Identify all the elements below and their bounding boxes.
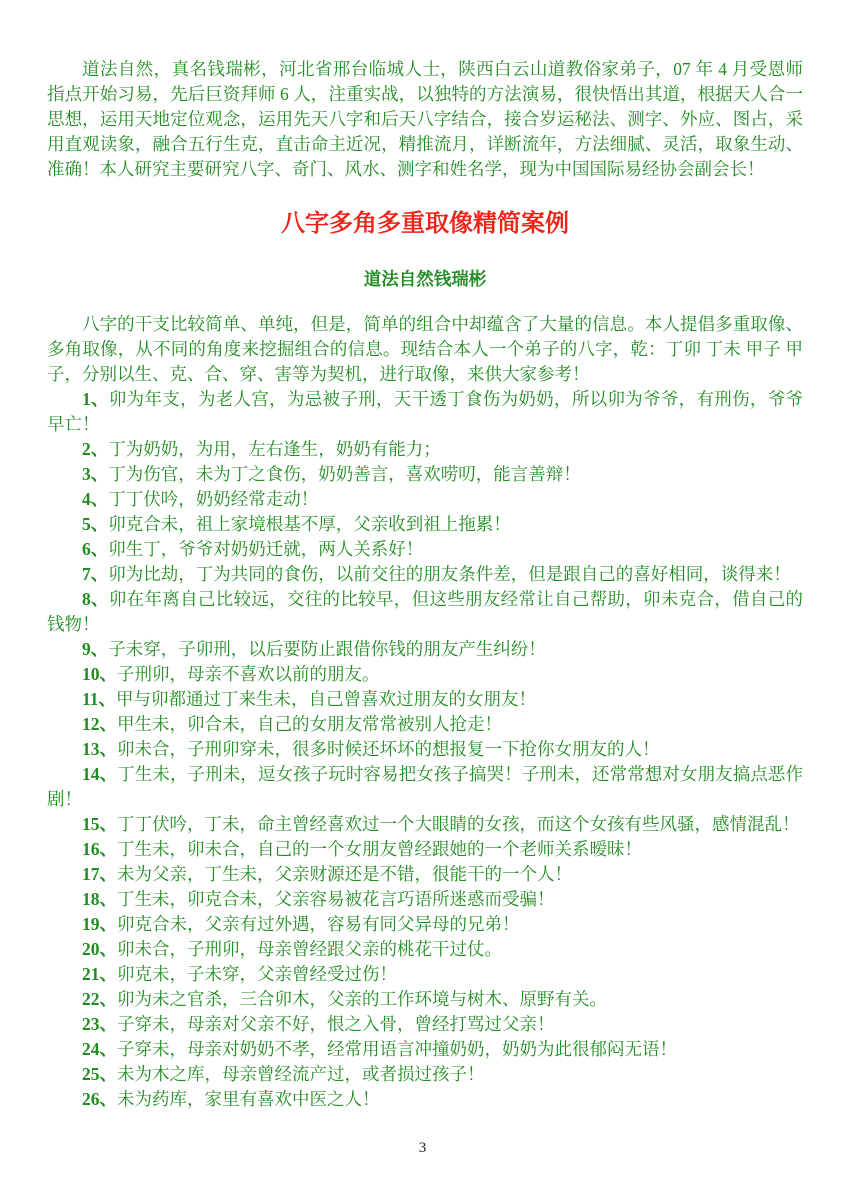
item-number: 11、 bbox=[82, 689, 116, 709]
item-text: 子刑卯，母亲不喜欢以前的朋友。 bbox=[117, 664, 380, 684]
case-item: 22、卯为未之官杀，三合卯木，父亲的工作环境与树木、原野有关。 bbox=[47, 987, 803, 1012]
item-number: 12、 bbox=[82, 714, 117, 734]
item-text: 丁生未，子刑未，逗女孩子玩时容易把女孩子搞哭！子刑未，还常常想对女朋友搞点恶作剧… bbox=[47, 764, 803, 809]
item-number: 16、 bbox=[82, 839, 117, 859]
item-number: 7、 bbox=[82, 564, 108, 584]
item-number: 10、 bbox=[82, 664, 117, 684]
item-number: 1、 bbox=[82, 389, 109, 409]
item-number: 19、 bbox=[82, 914, 117, 934]
case-item: 11、甲与卯都通过丁来生未，自己曾喜欢过朋友的女朋友！ bbox=[47, 687, 803, 712]
item-text: 卯克未，子未穿，父亲曾经受过伤！ bbox=[117, 964, 397, 984]
item-number: 13、 bbox=[82, 739, 117, 759]
item-number: 21、 bbox=[82, 964, 117, 984]
item-text: 卯克合未，父亲有过外遇，容易有同父异母的兄弟！ bbox=[117, 914, 520, 934]
item-number: 26、 bbox=[82, 1089, 117, 1109]
item-number: 25、 bbox=[82, 1064, 117, 1084]
case-item: 10、子刑卯，母亲不喜欢以前的朋友。 bbox=[47, 662, 803, 687]
item-number: 18、 bbox=[82, 889, 117, 909]
case-item: 9、子未穿，子卯刑，以后要防止跟借你钱的朋友产生纠纷！ bbox=[47, 637, 803, 662]
case-item: 18、丁生未，卯克合未，父亲容易被花言巧语所迷惑而受骗！ bbox=[47, 887, 803, 912]
case-item: 8、卯在年离自己比较远，交往的比较早，但这些朋友经常让自己帮助，卯未克合，借自己… bbox=[47, 587, 803, 637]
intro-paragraph-2: 八字的干支比较简单、单纯，但是，简单的组合中却蕴含了大量的信息。本人提倡多重取像… bbox=[47, 292, 803, 387]
item-text: 未为木之库，母亲曾经流产过，或者损过孩子！ bbox=[117, 1064, 485, 1084]
item-text: 卯为比劫，丁为共同的食伤，以前交往的朋友条件差，但是跟自己的喜好相同，谈得来！ bbox=[108, 564, 791, 584]
case-item: 16、丁生未，卯未合，自己的一个女朋友曾经跟她的一个老师关系暧昧！ bbox=[47, 837, 803, 862]
item-text: 丁丁伏吟，奶奶经常走动！ bbox=[108, 489, 318, 509]
case-item: 3、丁为伤官，未为丁之食伤，奶奶善言，喜欢唠叨，能言善辩！ bbox=[47, 462, 803, 487]
item-number: 15、 bbox=[82, 814, 117, 834]
item-text: 子穿未，母亲对父亲不好，恨之入骨，曾经打骂过父亲！ bbox=[117, 1014, 555, 1034]
item-text: 卯为年支，为老人宫，为忌被子刑，天干透丁食伤为奶奶，所以卯为爷爷，有刑伤，爷爷早… bbox=[47, 389, 803, 434]
item-number: 20、 bbox=[82, 939, 117, 959]
item-text: 丁为奶奶，为用，左右逢生，奶奶有能力； bbox=[108, 439, 441, 459]
case-item: 2、丁为奶奶，为用，左右逢生，奶奶有能力； bbox=[47, 437, 803, 462]
item-text: 丁为伤官，未为丁之食伤，奶奶善言，喜欢唠叨，能言善辩！ bbox=[108, 464, 581, 484]
item-number: 8、 bbox=[82, 589, 109, 609]
item-number: 23、 bbox=[82, 1014, 117, 1034]
case-item: 24、子穿未，母亲对奶奶不孝，经常用语言冲撞奶奶，奶奶为此很郁闷无语！ bbox=[47, 1037, 803, 1062]
item-number: 22、 bbox=[82, 989, 117, 1009]
item-number: 17、 bbox=[82, 864, 117, 884]
item-text: 未为父亲，丁生未，父亲财源还是不错，很能干的一个人！ bbox=[117, 864, 572, 884]
item-text: 丁生未，卯克合未，父亲容易被花言巧语所迷惑而受骗！ bbox=[117, 889, 555, 909]
case-item: 21、卯克未，子未穿，父亲曾经受过伤！ bbox=[47, 962, 803, 987]
page-content: 道法自然，真名钱瑞彬，河北省邢台临城人士，陕西白云山道教俗家弟子，07 年 4 … bbox=[0, 0, 845, 1112]
item-text: 卯在年离自己比较远，交往的比较早，但这些朋友经常让自己帮助，卯未克合，借自己的钱… bbox=[47, 589, 803, 634]
case-item: 25、未为木之库，母亲曾经流产过，或者损过孩子！ bbox=[47, 1062, 803, 1087]
item-number: 5、 bbox=[82, 514, 108, 534]
case-item: 23、子穿未，母亲对父亲不好，恨之入骨，曾经打骂过父亲！ bbox=[47, 1012, 803, 1037]
intro-paragraph: 道法自然，真名钱瑞彬，河北省邢台临城人士，陕西白云山道教俗家弟子，07 年 4 … bbox=[47, 57, 803, 182]
item-text: 卯生丁，爷爷对奶奶迁就，两人关系好！ bbox=[108, 539, 423, 559]
page-number: 3 bbox=[0, 1138, 845, 1158]
item-text: 卯为未之官杀，三合卯木，父亲的工作环境与树木、原野有关。 bbox=[117, 989, 607, 1009]
item-text: 甲生未，卯合未，自己的女朋友常常被别人抢走！ bbox=[117, 714, 502, 734]
case-item: 19、卯克合未，父亲有过外遇，容易有同父异母的兄弟！ bbox=[47, 912, 803, 937]
item-number: 9、 bbox=[82, 639, 108, 659]
item-text: 卯未合，子刑卯，母亲曾经跟父亲的桃花干过仗。 bbox=[117, 939, 502, 959]
item-number: 3、 bbox=[82, 464, 108, 484]
item-number: 6、 bbox=[82, 539, 108, 559]
case-item: 14、丁生未，子刑未，逗女孩子玩时容易把女孩子搞哭！子刑未，还常常想对女朋友搞点… bbox=[47, 762, 803, 812]
case-item: 15、丁丁伏吟，丁未，命主曾经喜欢过一个大眼睛的女孩，而这个女孩有些风骚，感情混… bbox=[47, 812, 803, 837]
item-text: 子穿未，母亲对奶奶不孝，经常用语言冲撞奶奶，奶奶为此很郁闷无语！ bbox=[117, 1039, 677, 1059]
items-list: 1、卯为年支，为老人宫，为忌被子刑，天干透丁食伤为奶奶，所以卯为爷爷，有刑伤，爷… bbox=[47, 387, 803, 1112]
item-text: 甲与卯都通过丁来生未，自己曾喜欢过朋友的女朋友！ bbox=[116, 689, 536, 709]
case-item: 26、未为药库，家里有喜欢中医之人！ bbox=[47, 1087, 803, 1112]
case-item: 12、甲生未，卯合未，自己的女朋友常常被别人抢走！ bbox=[47, 712, 803, 737]
item-number: 24、 bbox=[82, 1039, 117, 1059]
author-line: 道法自然钱瑞彬 bbox=[47, 240, 803, 292]
item-number: 4、 bbox=[82, 489, 108, 509]
item-text: 丁生未，卯未合，自己的一个女朋友曾经跟她的一个老师关系暧昧！ bbox=[117, 839, 642, 859]
item-number: 14、 bbox=[82, 764, 117, 784]
case-item: 4、丁丁伏吟，奶奶经常走动！ bbox=[47, 487, 803, 512]
case-item: 5、卯克合未，祖上家境根基不厚，父亲收到祖上拖累！ bbox=[47, 512, 803, 537]
case-item: 13、卯未合，子刑卯穿未，很多时候还坏坏的想报复一下抢你女朋友的人！ bbox=[47, 737, 803, 762]
item-number: 2、 bbox=[82, 439, 108, 459]
case-item: 17、未为父亲，丁生未，父亲财源还是不错，很能干的一个人！ bbox=[47, 862, 803, 887]
page-title: 八字多角多重取像精简案例 bbox=[47, 182, 803, 240]
item-text: 卯克合未，祖上家境根基不厚，父亲收到祖上拖累！ bbox=[108, 514, 511, 534]
case-item: 1、卯为年支，为老人宫，为忌被子刑，天干透丁食伤为奶奶，所以卯为爷爷，有刑伤，爷… bbox=[47, 387, 803, 437]
case-item: 20、卯未合，子刑卯，母亲曾经跟父亲的桃花干过仗。 bbox=[47, 937, 803, 962]
item-text: 未为药库，家里有喜欢中医之人！ bbox=[117, 1089, 380, 1109]
case-item: 6、卯生丁，爷爷对奶奶迁就，两人关系好！ bbox=[47, 537, 803, 562]
document-page: 道法自然，真名钱瑞彬，河北省邢台临城人士，陕西白云山道教俗家弟子，07 年 4 … bbox=[0, 0, 845, 1185]
item-text: 子未穿，子卯刑，以后要防止跟借你钱的朋友产生纠纷！ bbox=[108, 639, 546, 659]
item-text: 卯未合，子刑卯穿未，很多时候还坏坏的想报复一下抢你女朋友的人！ bbox=[117, 739, 660, 759]
item-text: 丁丁伏吟，丁未，命主曾经喜欢过一个大眼睛的女孩，而这个女孩有些风骚，感情混乱！ bbox=[117, 814, 800, 834]
case-item: 7、卯为比劫，丁为共同的食伤，以前交往的朋友条件差，但是跟自己的喜好相同，谈得来… bbox=[47, 562, 803, 587]
